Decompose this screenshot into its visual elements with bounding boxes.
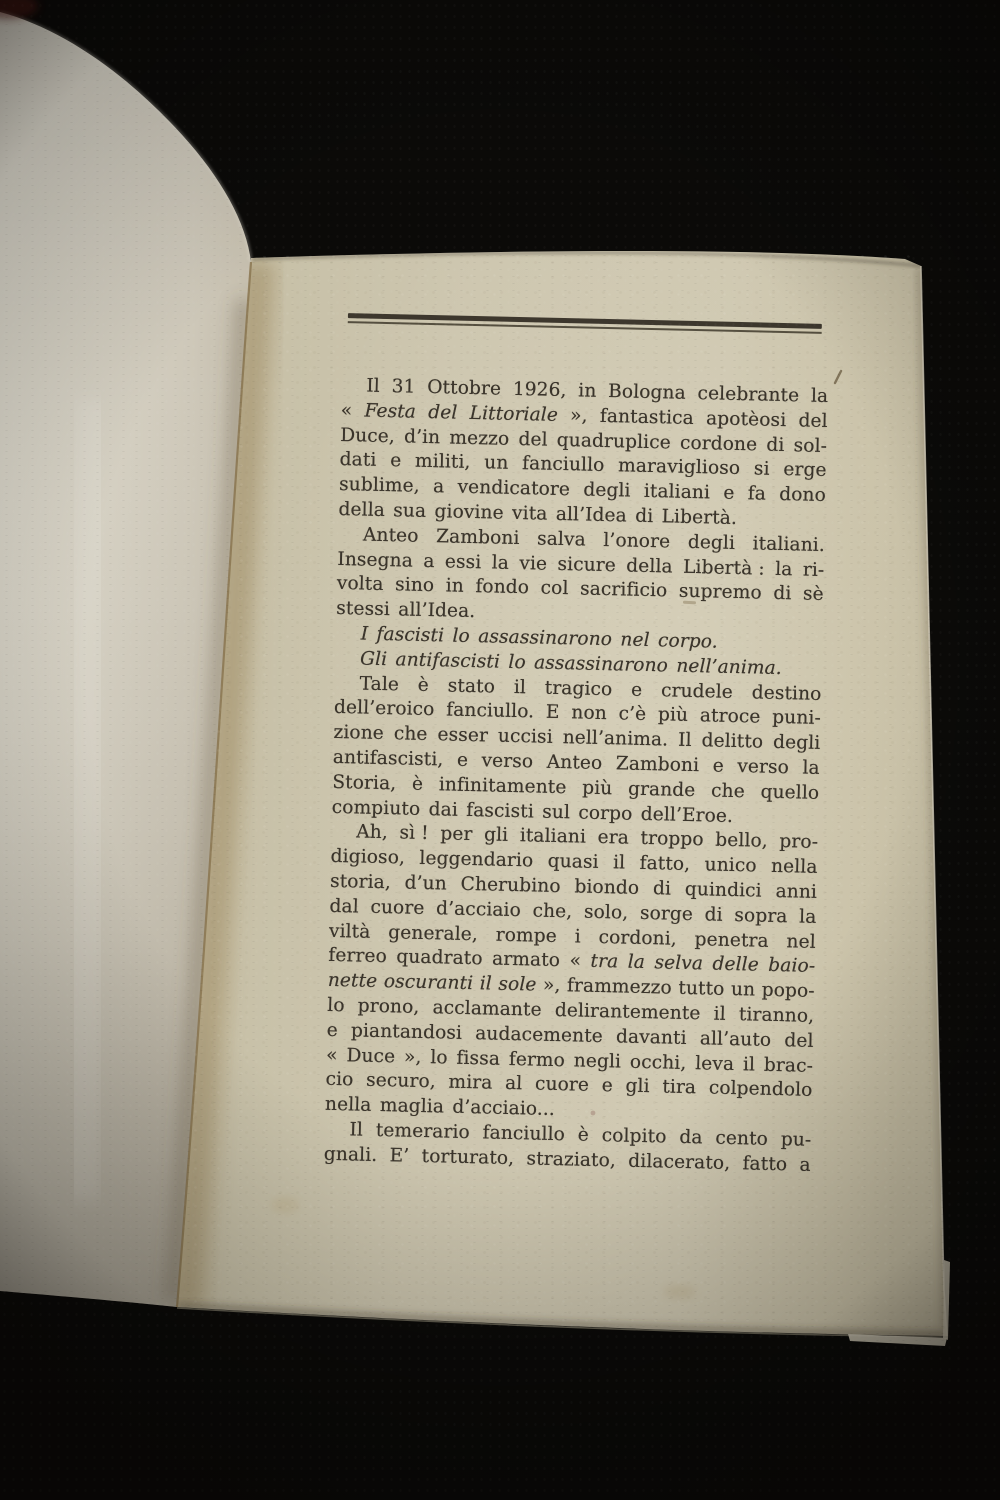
word-italic: nell’anima. <box>676 654 782 681</box>
word: sicure <box>557 553 616 579</box>
word: più <box>658 704 689 729</box>
word: fatto <box>742 1152 787 1178</box>
word-italic: assassinarono <box>534 651 668 679</box>
word: si <box>754 458 770 483</box>
word: per <box>440 823 473 849</box>
word: dono <box>779 483 826 509</box>
word-italic: del <box>428 401 458 426</box>
word-italic: delle <box>712 953 759 979</box>
word: che <box>394 722 428 748</box>
word: Tale <box>359 672 399 698</box>
word-italic: fascisti <box>376 623 444 649</box>
word: verso <box>737 755 789 781</box>
word: compiuto <box>331 795 420 822</box>
word: e <box>712 754 724 779</box>
word: della <box>626 554 673 580</box>
word: Il <box>678 729 692 754</box>
word: tragico <box>544 676 612 702</box>
word: che, <box>532 899 572 925</box>
word: non <box>571 702 607 728</box>
word: quadrato <box>396 946 483 973</box>
word: uccisi <box>498 725 553 751</box>
word: Duce, <box>340 424 395 450</box>
word: supremo <box>679 580 762 607</box>
word: », <box>543 974 561 999</box>
word: un <box>484 452 509 477</box>
word: « <box>569 950 581 975</box>
word: colpendolo <box>709 1077 813 1104</box>
word: dell’Eroe. <box>640 802 733 829</box>
word: più <box>582 776 613 801</box>
word: occhi, <box>630 1050 687 1076</box>
word: i <box>574 925 581 950</box>
word-italic: oscuranti <box>384 970 474 997</box>
word: il <box>514 676 527 701</box>
word: fissa <box>456 1046 500 1072</box>
word: un <box>731 978 756 1003</box>
word: di <box>635 505 654 530</box>
word: e <box>723 482 735 507</box>
word: italiani <box>644 480 711 506</box>
word: cio <box>325 1068 353 1093</box>
word: popo- <box>761 979 815 1005</box>
page-text: Il31Ottobre1926,inBolognacelebrantela«Fe… <box>324 374 829 1178</box>
word-italic: assassinarono <box>478 625 612 653</box>
word: securo, <box>366 1069 436 1095</box>
word: nella <box>771 855 818 881</box>
word: Il <box>366 375 380 400</box>
word: di <box>766 433 785 458</box>
word: puni- <box>772 706 821 732</box>
word: sol- <box>793 434 827 460</box>
word: grande <box>628 777 696 803</box>
word: era <box>597 826 629 852</box>
word: di <box>704 903 723 928</box>
word: nel <box>786 930 816 955</box>
word: anni <box>775 880 817 906</box>
word: Libertà : <box>683 555 765 582</box>
word: lo <box>327 994 345 1019</box>
word: vita <box>512 502 548 528</box>
word: torturato, <box>421 1145 514 1172</box>
word: Anteo <box>363 523 419 549</box>
word: tiranno, <box>739 1003 815 1029</box>
word: gnali. <box>324 1142 378 1168</box>
word: « <box>340 399 352 424</box>
word: Cherubino <box>460 873 561 900</box>
word: il <box>613 851 626 876</box>
word: d’un <box>404 871 447 897</box>
word: il <box>713 1003 726 1028</box>
word: celebrante <box>697 382 799 409</box>
word: all’Idea <box>556 503 628 529</box>
word: 31 <box>391 375 415 400</box>
word: nell’anima. <box>562 726 668 753</box>
word: », <box>404 1045 422 1070</box>
word: viltà <box>329 919 371 945</box>
word: fanciullo. <box>446 699 534 726</box>
word: infinitamente <box>439 773 567 801</box>
previous-page-streak <box>80 400 95 1200</box>
word: e <box>390 450 402 475</box>
word: italiani. <box>752 532 825 558</box>
word: zione <box>333 721 384 747</box>
word-italic: nette <box>328 969 378 995</box>
word: cordone <box>680 431 758 458</box>
word: che <box>711 779 745 805</box>
word: Storia, <box>332 771 396 797</box>
word: troppo <box>640 827 704 853</box>
word-italic: Festa <box>364 399 416 425</box>
word: stessi <box>336 597 390 623</box>
word: fondo <box>475 575 529 601</box>
word: storia, <box>330 870 391 896</box>
word: la <box>775 557 793 582</box>
word: Bologna <box>608 380 686 407</box>
word: sino <box>395 574 435 600</box>
word: dilacerato, <box>628 1149 730 1176</box>
word: dai <box>428 798 458 823</box>
word: tira <box>662 1076 696 1102</box>
word: prono, <box>357 994 419 1020</box>
word: sua <box>393 499 426 525</box>
word: biondo <box>574 875 639 901</box>
word: destino <box>751 681 821 707</box>
word-italic: antifascisti <box>395 648 500 675</box>
word: gli <box>625 1075 650 1100</box>
word: la <box>811 385 829 410</box>
word: sacrificio <box>580 578 668 605</box>
word: esser <box>437 723 488 749</box>
word: quasi <box>547 850 599 876</box>
word: all’Idea. <box>398 599 476 626</box>
word: militi, <box>415 450 471 476</box>
word: del <box>798 409 828 434</box>
word: vendicatore <box>457 476 570 503</box>
word: cordoni, <box>598 925 677 952</box>
word: fantastica <box>600 405 695 432</box>
word: giovine <box>434 500 504 526</box>
word: », <box>570 404 588 429</box>
word-italic: lo <box>452 625 470 650</box>
word: fanciullo <box>522 452 605 479</box>
word: generale, <box>388 921 478 948</box>
word: quindici <box>685 878 762 905</box>
word: Ottobre <box>427 376 501 402</box>
word: è <box>577 1123 589 1148</box>
word: è <box>418 673 430 698</box>
word: tutto <box>678 977 725 1003</box>
word: da <box>679 1126 703 1151</box>
word: quadruplice <box>556 428 671 455</box>
word: apotèosi <box>706 407 787 434</box>
word-italic: il <box>479 972 492 997</box>
word: sublime, <box>339 473 420 500</box>
word: frammezzo <box>567 974 672 1001</box>
word: italiani <box>520 824 587 850</box>
word: la <box>491 551 509 576</box>
word: Libertà. <box>661 505 737 532</box>
word: leva <box>695 1052 735 1078</box>
word: ferreo <box>328 944 387 970</box>
word: solo, <box>584 900 629 926</box>
word-italic: I <box>360 622 368 647</box>
word: essi <box>445 550 482 576</box>
word: volta <box>337 572 384 598</box>
word: brac- <box>764 1053 814 1079</box>
word: fascisti <box>466 798 534 824</box>
word: il <box>743 1053 756 1078</box>
word: la <box>799 905 817 930</box>
word: in <box>578 379 597 404</box>
word: col <box>540 577 568 602</box>
paper-stain <box>271 1197 299 1213</box>
word-italic: lo <box>508 651 526 676</box>
word-italic: nel <box>620 628 650 653</box>
word: dal <box>329 895 359 920</box>
word: c’è <box>618 703 646 728</box>
word: pro- <box>779 830 818 856</box>
word: Zamboni <box>436 525 520 552</box>
word: del <box>518 428 548 453</box>
word: E <box>546 701 560 726</box>
word-italic: Gli <box>360 647 388 672</box>
word: a <box>433 475 445 500</box>
paper-stain <box>664 1285 696 1299</box>
word: cuore <box>370 896 425 922</box>
word: erge <box>783 458 827 484</box>
word: Duce <box>346 1044 395 1070</box>
word: cuore <box>535 1073 590 1099</box>
word-italic: sole <box>498 973 537 999</box>
word: mira <box>448 1071 493 1097</box>
word: Zamboni <box>616 752 700 779</box>
word: E’ <box>389 1144 409 1169</box>
word: sì ! <box>399 822 429 847</box>
word: fermo <box>509 1047 566 1073</box>
word: penetra <box>694 928 769 954</box>
word: sul <box>542 800 570 825</box>
word: fa <box>747 482 766 507</box>
word-italic: baio- <box>768 954 815 980</box>
word: unico <box>704 853 757 879</box>
word-italic: corpo. <box>658 629 718 655</box>
word: mezzo <box>449 426 509 452</box>
word: fanciullo <box>482 1121 565 1148</box>
word: la <box>802 756 820 781</box>
word: all’auto <box>700 1027 772 1053</box>
word: a <box>799 1153 811 1178</box>
word: a <box>423 549 435 574</box>
word: corpo <box>578 801 633 827</box>
word: in <box>445 575 464 600</box>
word: digioso, <box>330 845 405 871</box>
word: sopra <box>734 904 788 930</box>
word: leggendario <box>419 847 533 874</box>
word: e <box>457 749 469 774</box>
word-italic: Littoriale <box>469 402 558 429</box>
word: d’acciaio <box>436 897 521 924</box>
word: fatto, <box>639 852 690 878</box>
word: dati <box>339 448 376 474</box>
word: d’acciaio... <box>452 1096 555 1123</box>
word: gli <box>484 824 509 849</box>
word: davanti <box>616 1025 687 1051</box>
word: degli <box>688 531 736 557</box>
word: atroce <box>700 705 761 731</box>
word: e <box>631 678 643 703</box>
word: temerario <box>376 1119 471 1146</box>
word: crudele <box>661 679 733 705</box>
word: lo <box>430 1046 448 1071</box>
word: acclamante <box>432 996 542 1023</box>
word: ri- <box>803 558 825 583</box>
word: è <box>412 772 424 797</box>
page-content: Il31Ottobre1926,inBolognacelebrantela«Fe… <box>324 313 830 1178</box>
word: l’onore <box>603 529 670 555</box>
word: cento <box>715 1127 768 1153</box>
word: degli <box>773 731 821 757</box>
word: maglia <box>380 1094 445 1120</box>
word: salva <box>537 527 586 553</box>
word: antifascisti, <box>333 746 444 773</box>
word: nella <box>325 1093 372 1119</box>
word: Anteo <box>546 751 602 777</box>
word: piantandosi <box>351 1019 463 1046</box>
word: Ah, <box>356 821 388 847</box>
word: vie <box>519 552 547 577</box>
word: Insegna <box>337 548 413 575</box>
word: verso <box>481 749 533 775</box>
word: e <box>601 1074 613 1099</box>
word-italic: la <box>627 951 645 976</box>
word: di <box>653 877 672 902</box>
word: colpito <box>601 1124 666 1150</box>
word: pu- <box>781 1128 812 1153</box>
book-photo: Il31Ottobre1926,inBolognacelebrantela«Fe… <box>0 0 1000 1500</box>
word: delirantemente <box>555 999 701 1027</box>
word: « <box>326 1043 338 1068</box>
word: delitto <box>701 729 763 755</box>
word: della <box>338 498 385 524</box>
word: al <box>505 1072 523 1097</box>
word: maraviglioso <box>618 455 741 483</box>
word: bello, <box>715 829 768 855</box>
word: negli <box>574 1049 622 1075</box>
word: dell’eroico <box>334 696 435 723</box>
word: armato <box>492 948 561 974</box>
word: stato <box>447 674 495 700</box>
word: audacemente <box>475 1022 603 1050</box>
word: 1926, <box>513 378 567 404</box>
word: del <box>784 1029 814 1054</box>
word: rompe <box>495 923 557 949</box>
word: quello <box>760 780 819 806</box>
word-italic: selva <box>654 952 703 978</box>
word: sè <box>803 583 824 608</box>
word: sorge <box>640 902 694 928</box>
word: degli <box>583 479 631 505</box>
word: straziato, <box>526 1147 616 1174</box>
word: Il <box>349 1118 363 1143</box>
word: di <box>773 582 792 607</box>
word: d’in <box>404 425 441 451</box>
word-italic: tra <box>590 950 618 975</box>
word: e <box>326 1019 338 1044</box>
